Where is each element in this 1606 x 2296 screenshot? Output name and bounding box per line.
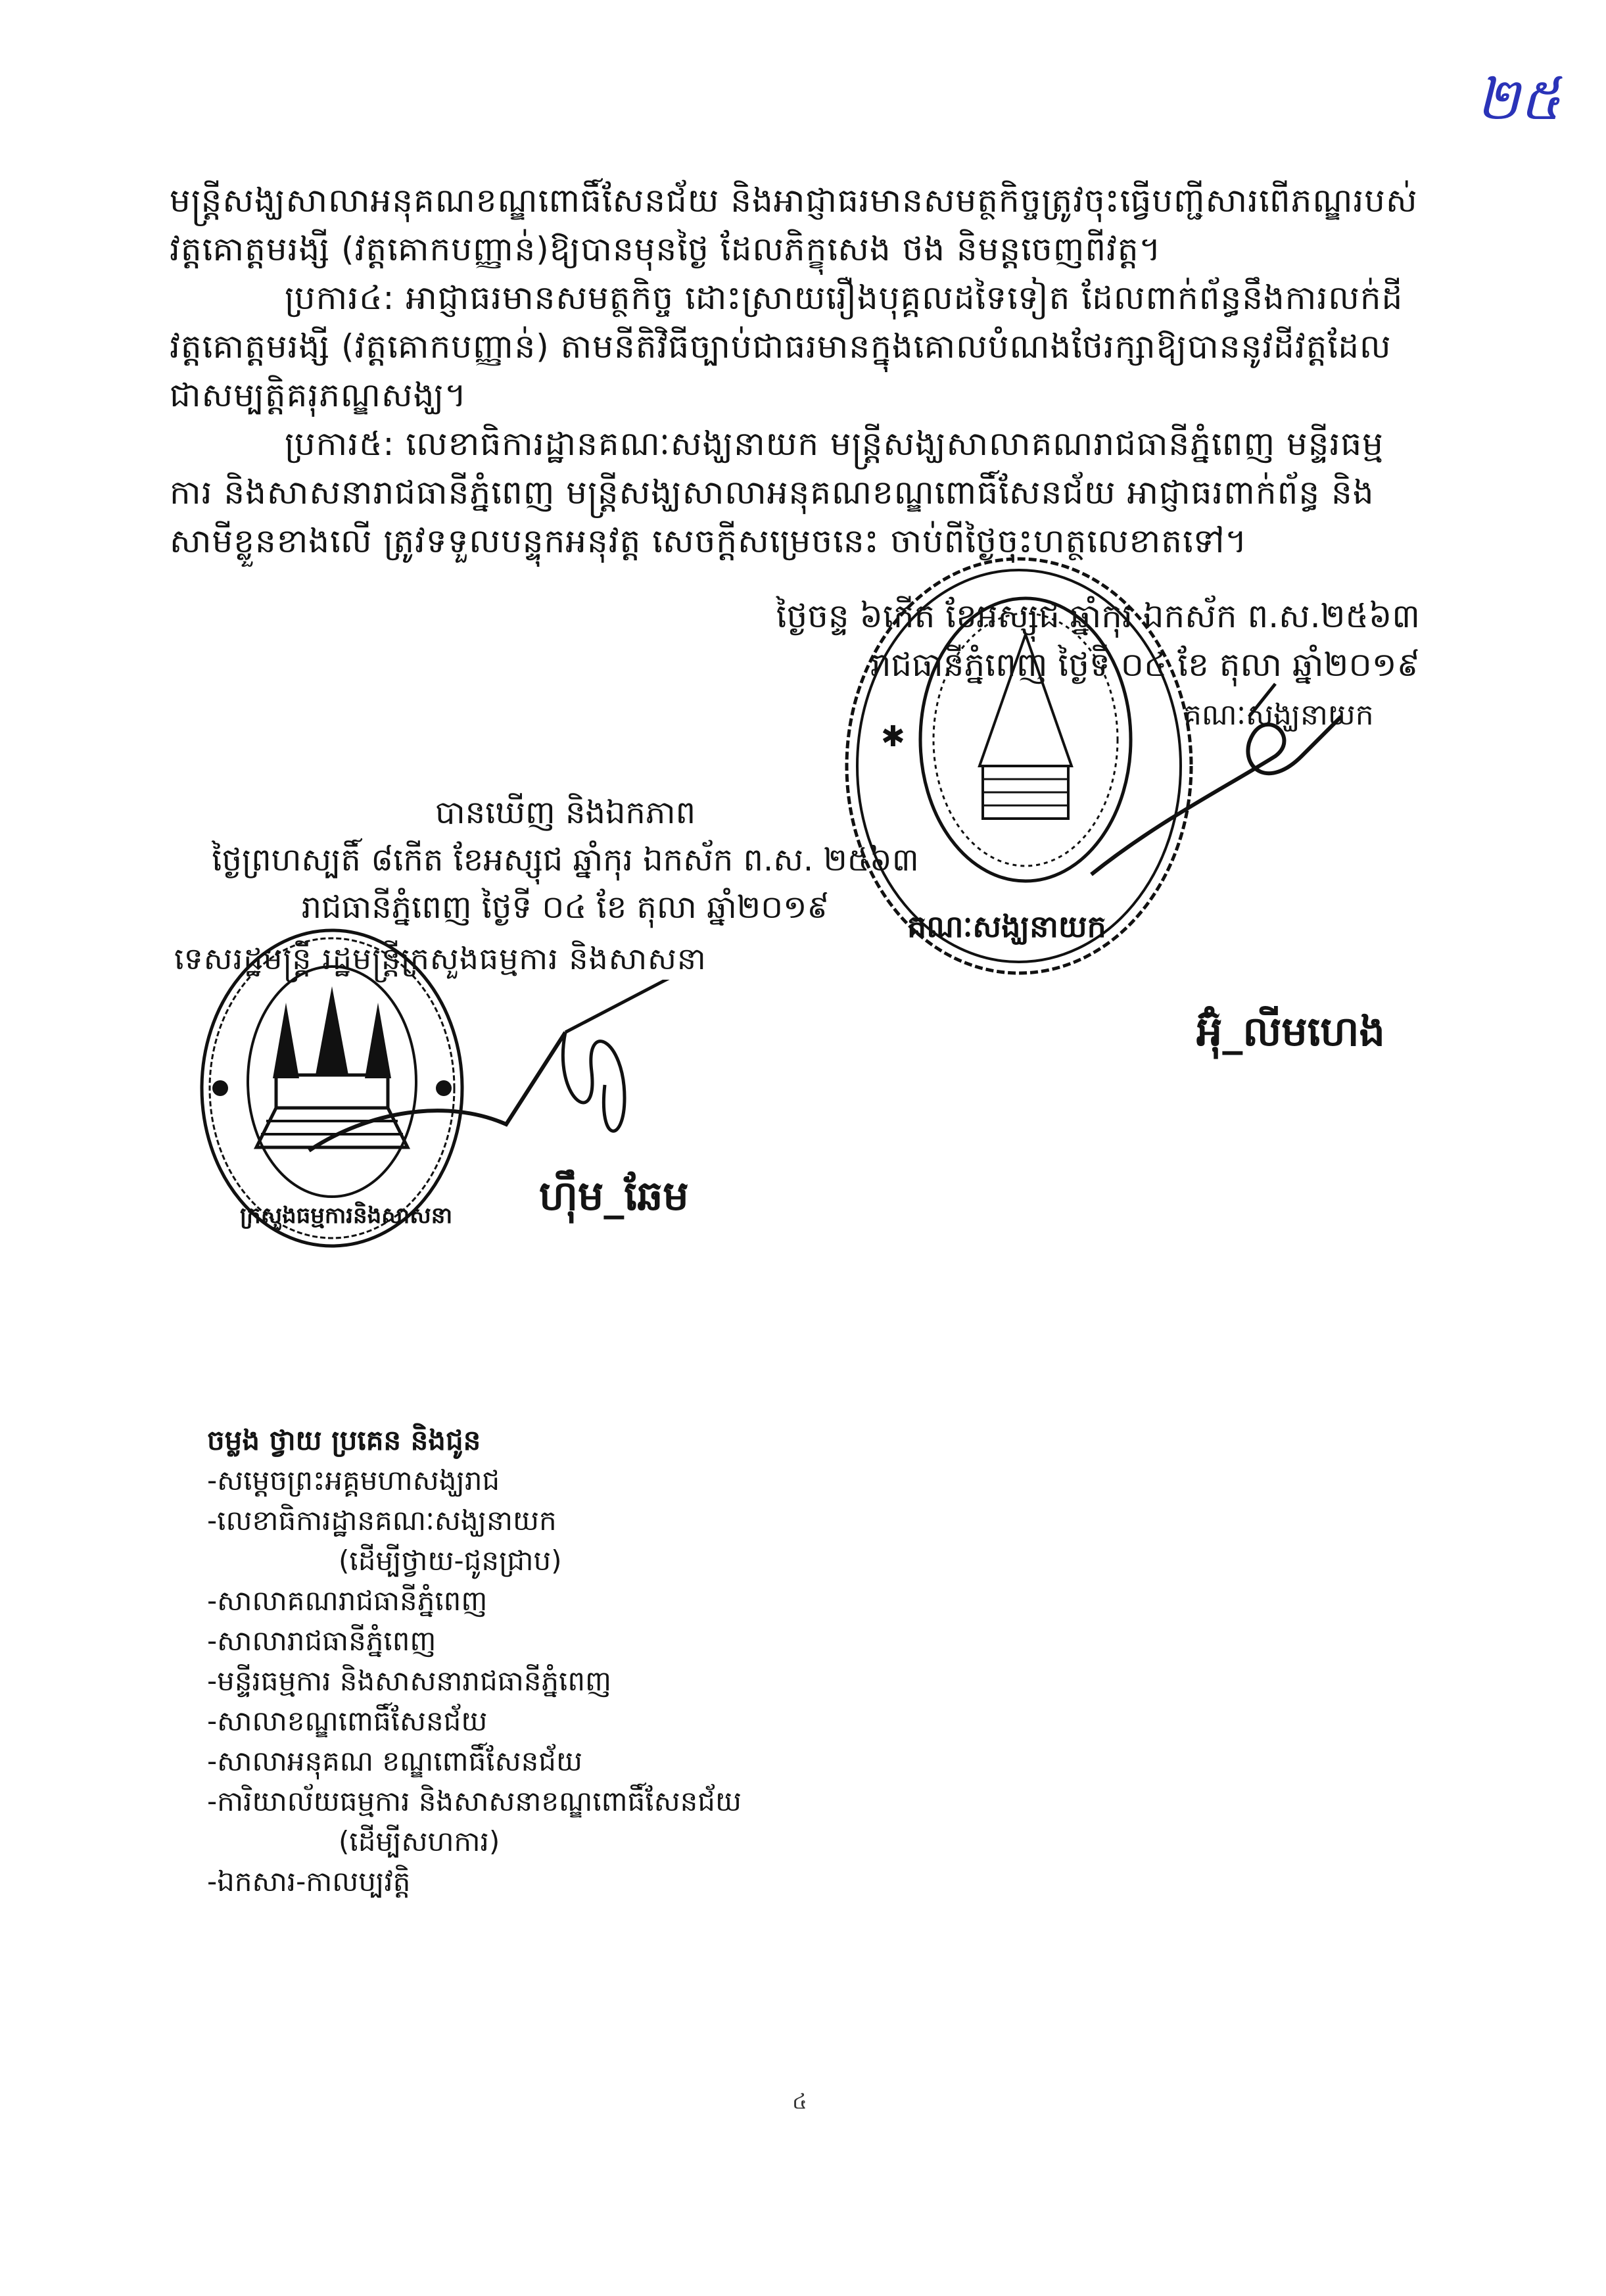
lunar-date: ថ្ងៃចន្ទ ៦កើត ខែអស្សុជ ឆ្នាំកុរ ឯកស័ក ព.…	[671, 592, 1420, 640]
article-4: ប្រការ៤: អាជ្ញាធរមានសមត្ថកិច្ច ដោះស្រាយរ…	[170, 274, 1419, 419]
document-body: មន្ត្រីសង្ឃសាលាអនុគណខណ្ឌពោធិ៍សែនជ័យ និងអ…	[170, 176, 1419, 565]
cc-item: -សាលាខណ្ឌពោធិ៍សែនជ័យ	[207, 1701, 742, 1741]
cc-item-note: (ដើម្បីសហការ)	[339, 1821, 742, 1861]
signer-name-left: ហ៊ឹម_ឆែម	[539, 1170, 689, 1230]
cc-item-note: (ដើម្បីថ្វាយ-ជូនជ្រាប)	[339, 1541, 742, 1581]
decision-date-block: ថ្ងៃចន្ទ ៦កើត ខែអស្សុជ ឆ្នាំកុរ ឯកស័ក ព.…	[671, 592, 1420, 689]
cc-item: -ឯកសារ-កាលប្បវត្តិ	[207, 1861, 742, 1901]
minister-title: ទេសរដ្ឋមន្ត្រី រដ្ឋមន្ត្រីក្រសួងធម្មការ …	[174, 940, 707, 984]
cc-item: -មន្ទីរធម្មការ និងសាសនារាជធានីភ្នំពេញ	[207, 1661, 742, 1701]
article-5: ប្រការ៥: លេខាធិការដ្ឋានគណៈសង្ឃនាយក មន្ត្…	[170, 419, 1419, 565]
cc-title: ចម្លង ថ្វាយ ប្រគេន និងជូន	[207, 1420, 742, 1460]
svg-text:ក្រសួងធម្មការនិងសាសនា: ក្រសួងធម្មការនិងសាសនា	[240, 1201, 452, 1231]
signature-right-icon	[1052, 677, 1354, 888]
signature-left-icon	[289, 980, 710, 1177]
cc-item: -សម្តេចព្រះអគ្គមហាសង្ឃរាជ	[207, 1460, 742, 1500]
cc-item: -លេខាធិការដ្ឋានគណៈសង្ឃនាយក	[207, 1500, 742, 1541]
cc-item: -សាលាអនុគណ ខណ្ឌពោធិ៍សែនជ័យ	[207, 1741, 742, 1781]
handwritten-page-number: ២៥	[1476, 62, 1561, 147]
carbon-copy-list: ចម្លង ថ្វាយ ប្រគេន និងជូន -សម្តេចព្រះអគ្…	[207, 1420, 742, 1901]
page-number: ៤	[792, 2088, 807, 2119]
cc-item: -ការិយាល័យធម្មការ និងសាសនាខណ្ឌពោធិ៍សែនជ័…	[207, 1781, 742, 1821]
cc-item: -សាលាគណរាជធានីភ្នំពេញ	[207, 1581, 742, 1621]
signer-name-right: អ៊ុំ_លីមហេង	[1196, 1006, 1385, 1066]
cc-item: -សាលារាជធានីភ្នំពេញ	[207, 1621, 742, 1661]
approval-block: បានឃើញ និងឯកភាព ថ្ងៃព្រហស្បតិ៍ ៨កើត ខែអស…	[184, 789, 947, 931]
approval-lunar-date: ថ្ងៃព្រហស្បតិ៍ ៨កើត ខែអស្សុជ ឆ្នាំកុរ ឯក…	[184, 836, 947, 884]
paragraph-continued: មន្ត្រីសង្ឃសាលាអនុគណខណ្ឌពោធិ៍សែនជ័យ និងអ…	[170, 176, 1419, 274]
approval-heading: បានឃើញ និងឯកភាព	[184, 789, 947, 836]
svg-text:✱: ✱	[881, 720, 905, 753]
